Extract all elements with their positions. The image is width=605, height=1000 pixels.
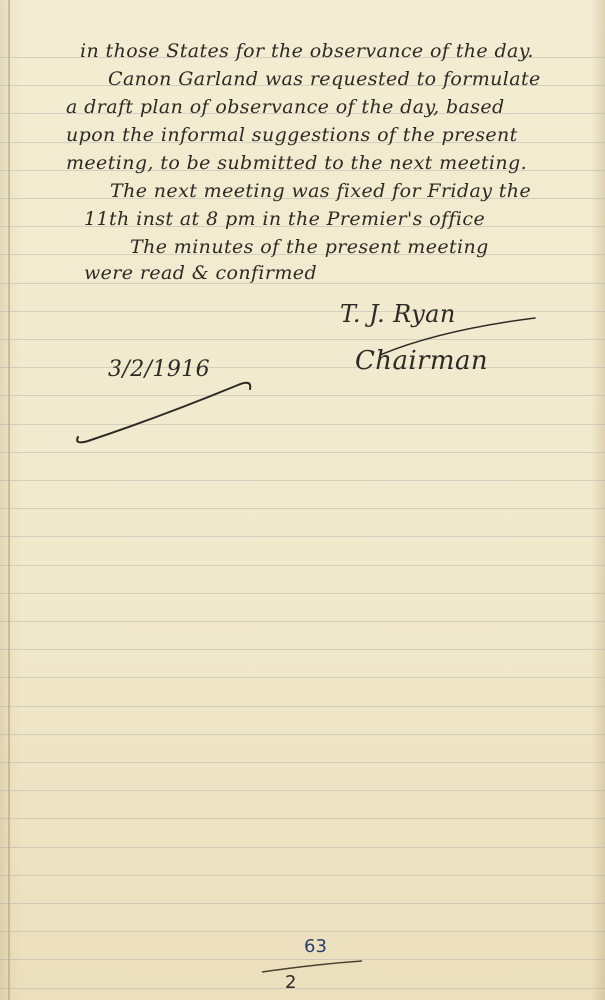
minutes-line-4: upon the informal suggestions of the pre… [66,124,518,146]
rule-line [0,593,605,594]
minutes-line-6: The next meeting was fixed for Friday th… [110,180,531,202]
rule-line [0,762,605,763]
minutes-line-9: were read & confirmed [84,262,317,284]
rule-line [0,677,605,678]
rule-line [0,508,605,509]
page-number-top: 63 [304,936,327,957]
minutes-line-3: a draft plan of observance of the day, b… [66,96,505,118]
rule-line [0,734,605,735]
rule-line [0,621,605,622]
date-flourish [70,365,270,455]
page-number-divider [258,958,398,978]
rule-line [0,875,605,876]
minutes-line-1: in those States for the observance of th… [80,40,534,62]
rule-line [0,536,605,537]
rule-line [0,903,605,904]
ledger-page: in those States for the observance of th… [0,0,605,1000]
minutes-line-2: Canon Garland was requested to formulate [108,68,541,90]
page-number-bottom: 2 [285,972,296,993]
rule-line [0,790,605,791]
minutes-line-7: 11th inst at 8 pm in the Premier's offic… [84,208,485,230]
signature-stroke [370,300,570,360]
rule-line [0,706,605,707]
rule-line [0,565,605,566]
rule-line [0,931,605,932]
minutes-line-8: The minutes of the present meeting [130,236,489,258]
rule-line [0,988,605,989]
rule-line [0,818,605,819]
ruled-lines [0,0,605,1000]
rule-line [0,480,605,481]
rule-line [0,847,605,848]
rule-line [0,649,605,650]
minutes-line-5: meeting, to be submitted to the next mee… [66,152,527,174]
